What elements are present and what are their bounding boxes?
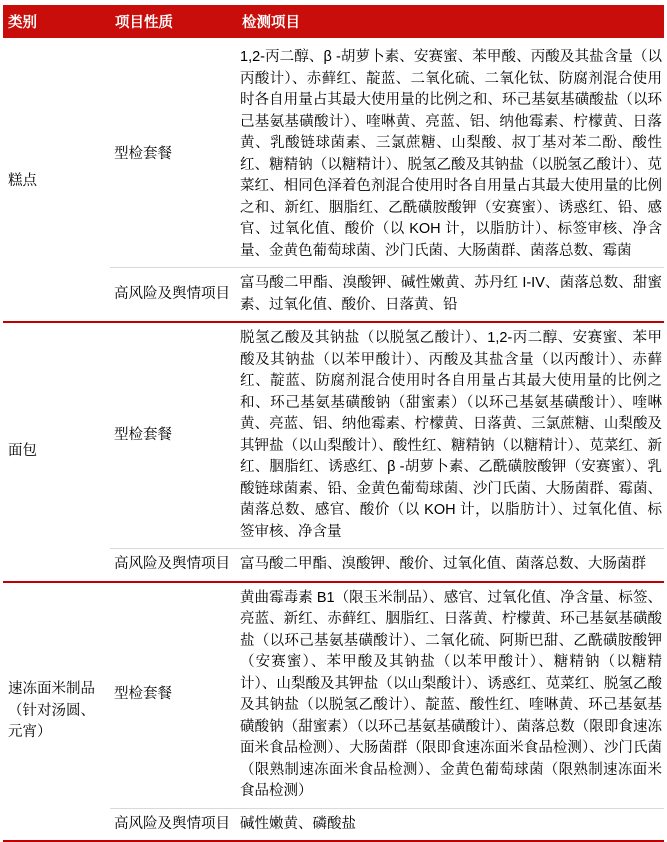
nature-cell: 型检套餐 [110,38,237,268]
table-header-row: 类别 项目性质 检测项目 [3,5,664,38]
items-cell: 脱氢乙酸及其钠盐（以脱氢乙酸计）、1,2-丙二醇、安赛蜜、苯甲酸及其钠盐（以苯甲… [237,322,664,549]
header-cell-category: 类别 [3,5,110,38]
table-row-frozen-package: 速冻面米制品（针对汤圆、元宵） 型检套餐 黄曲霉毒素 B1（限玉米制品）、感官、… [3,582,664,809]
testing-items-table: 类别 项目性质 检测项目 糕点 型检套餐 1,2-丙二醇、β -胡萝卜素、安赛蜜… [3,5,664,842]
header-cell-items: 检测项目 [237,5,664,38]
table-row-bread-package: 面包 型检套餐 脱氢乙酸及其钠盐（以脱氢乙酸计）、1,2-丙二醇、安赛蜜、苯甲酸… [3,322,664,549]
nature-cell: 高风险及舆情项目 [110,549,237,582]
category-cell-pastry: 糕点 [3,38,110,322]
document-page: 类别 项目性质 检测项目 糕点 型检套餐 1,2-丙二醇、β -胡萝卜素、安赛蜜… [0,0,667,842]
header-cell-nature: 项目性质 [110,5,237,38]
items-cell: 富马酸二甲酯、溴酸钾、碱性嫩黄、苏丹红 I-IV、菌落总数、甜蜜素、过氧化值、酸… [237,268,664,323]
nature-cell: 型检套餐 [110,322,237,549]
category-cell-bread: 面包 [3,322,110,582]
items-cell: 碱性嫩黄、磷酸盐 [237,808,664,841]
nature-cell: 型检套餐 [110,582,237,809]
category-cell-frozen-rice-flour: 速冻面米制品（针对汤圆、元宵） [3,582,110,842]
items-cell: 1,2-丙二醇、β -胡萝卜素、安赛蜜、苯甲酸、丙酸及其盐含量（以丙酸计）、赤藓… [237,38,664,268]
table-row-pastry-package: 糕点 型检套餐 1,2-丙二醇、β -胡萝卜素、安赛蜜、苯甲酸、丙酸及其盐含量（… [3,38,664,268]
items-cell: 黄曲霉毒素 B1（限玉米制品）、感官、过氧化值、净含量、标签、亮蓝、新红、赤藓红… [237,582,664,809]
items-cell: 富马酸二甲酯、溴酸钾、酸价、过氧化值、菌落总数、大肠菌群 [237,549,664,582]
nature-cell: 高风险及舆情项目 [110,808,237,841]
nature-cell: 高风险及舆情项目 [110,268,237,323]
